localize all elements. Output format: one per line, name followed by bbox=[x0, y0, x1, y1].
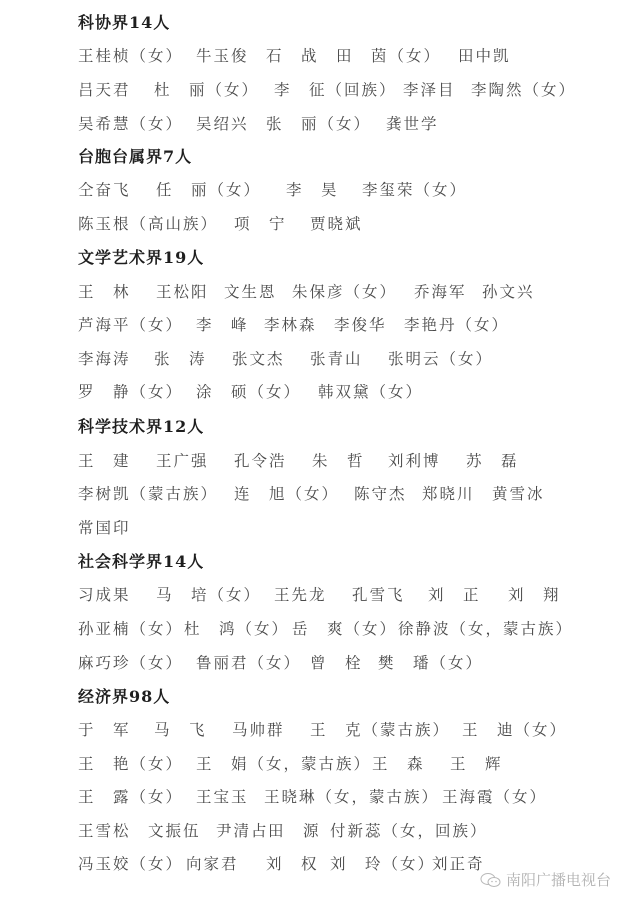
person-name: 李 峰 bbox=[196, 313, 249, 335]
person-name: 王海霞（女） bbox=[442, 785, 547, 807]
person-name: 于 军 bbox=[78, 718, 131, 740]
person-name: 吴绍兴 bbox=[196, 112, 249, 134]
person-name: 朱保彦（女） bbox=[292, 280, 397, 302]
person-name: 李 征（回族） bbox=[274, 78, 397, 100]
person-name: 马帅群 bbox=[232, 718, 285, 740]
person-name: 张 丽（女） bbox=[266, 112, 371, 134]
person-name: 王松阳 bbox=[156, 280, 209, 302]
person-name: 李艳丹（女） bbox=[404, 313, 509, 335]
person-name: 麻巧珍（女） bbox=[78, 651, 183, 673]
person-name: 李海涛 bbox=[78, 347, 131, 369]
section-heading-sheke: 社会科学界14人 bbox=[78, 549, 204, 572]
person-name: 王 辉 bbox=[450, 752, 503, 774]
person-name: 田 源 bbox=[268, 819, 321, 841]
person-name: 芦海平（女） bbox=[78, 313, 183, 335]
person-name: 苏 磊 bbox=[466, 449, 519, 471]
person-name: 张文杰 bbox=[232, 347, 285, 369]
person-name: 连 旭（女） bbox=[234, 482, 339, 504]
person-name: 常国印 bbox=[78, 516, 131, 538]
person-name: 李玺荣（女） bbox=[362, 178, 467, 200]
person-name: 刘 正 bbox=[428, 583, 481, 605]
person-name: 项 宁 bbox=[234, 212, 287, 234]
person-name: 王 艳（女） bbox=[78, 752, 183, 774]
person-name: 王 露（女） bbox=[78, 785, 183, 807]
section-heading-keji: 科学技术界12人 bbox=[78, 414, 204, 437]
person-name: 刘 权 bbox=[266, 852, 319, 874]
person-name: 吴希慧（女） bbox=[78, 112, 183, 134]
person-name: 樊 璠（女） bbox=[378, 651, 483, 673]
person-name: 文生恩 bbox=[224, 280, 277, 302]
person-name: 陈玉根（高山族） bbox=[78, 212, 218, 234]
person-name: 李林森 bbox=[264, 313, 317, 335]
person-name: 吕天君 bbox=[78, 78, 131, 100]
person-name: 李俊华 bbox=[334, 313, 387, 335]
person-name: 王桂桢（女） bbox=[78, 44, 183, 66]
person-name: 张明云（女） bbox=[388, 347, 493, 369]
person-name: 孙亚楠（女） bbox=[78, 617, 183, 639]
section-heading-wenyi: 文学艺术界19人 bbox=[78, 245, 204, 268]
person-name: 王 迪（女） bbox=[462, 718, 567, 740]
person-name: 乔海军 bbox=[414, 280, 467, 302]
person-name: 刘 玲（女） bbox=[330, 852, 435, 874]
section-heading-kexie: 科协界14人 bbox=[78, 10, 170, 33]
person-name: 刘正奇 bbox=[432, 852, 485, 874]
person-name: 杜 鸿（女） bbox=[184, 617, 289, 639]
person-name: 黄雪冰 bbox=[492, 482, 545, 504]
person-name: 王 林 bbox=[78, 280, 131, 302]
section-heading-taibao: 台胞台属界7人 bbox=[78, 144, 192, 167]
person-name: 王宝玉 bbox=[196, 785, 249, 807]
person-name: 付新蕊（女，回族） bbox=[330, 819, 488, 841]
person-name: 李陶然（女） bbox=[471, 78, 576, 100]
person-name: 牛玉俊 bbox=[196, 44, 249, 66]
person-name: 韩双黛（女） bbox=[318, 380, 423, 402]
person-name: 仝奋飞 bbox=[78, 178, 131, 200]
person-name: 曾 栓 bbox=[310, 651, 363, 673]
person-name: 田 茵（女） bbox=[336, 44, 441, 66]
person-name: 任 丽（女） bbox=[156, 178, 261, 200]
person-name: 刘 翔 bbox=[508, 583, 561, 605]
person-name: 王雪松 bbox=[78, 819, 131, 841]
person-name: 孔令浩 bbox=[234, 449, 287, 471]
person-name: 王 建 bbox=[78, 449, 131, 471]
person-name: 杜 丽（女） bbox=[154, 78, 259, 100]
person-name: 张青山 bbox=[310, 347, 363, 369]
person-name: 罗 静（女） bbox=[78, 380, 183, 402]
person-name: 贾晓斌 bbox=[310, 212, 363, 234]
person-name: 王晓琳（女，蒙古族） bbox=[264, 785, 439, 807]
person-name: 王 森 bbox=[372, 752, 425, 774]
person-name: 石 战 bbox=[266, 44, 319, 66]
person-name: 习成果 bbox=[78, 583, 131, 605]
person-name: 王 克（蒙古族） bbox=[310, 718, 450, 740]
source-watermark: 南阳广播电视台 bbox=[480, 869, 611, 890]
person-name: 李泽目 bbox=[403, 78, 456, 100]
person-name: 王广强 bbox=[156, 449, 209, 471]
person-name: 孔雪飞 bbox=[352, 583, 405, 605]
person-name: 田中凯 bbox=[458, 44, 511, 66]
person-name: 陈守杰 bbox=[354, 482, 407, 504]
person-name: 向家君 bbox=[186, 852, 239, 874]
person-name: 文振伍 bbox=[148, 819, 201, 841]
person-name: 郑晓川 bbox=[422, 482, 475, 504]
person-name: 龚世学 bbox=[386, 112, 439, 134]
section-heading-jingji: 经济界98人 bbox=[78, 684, 170, 707]
person-name: 张 涛 bbox=[154, 347, 207, 369]
wechat-icon bbox=[480, 872, 502, 888]
person-name: 刘利博 bbox=[388, 449, 441, 471]
person-name: 王 娟（女，蒙古族） bbox=[196, 752, 371, 774]
person-name: 李 昊 bbox=[286, 178, 339, 200]
person-name: 尹清占 bbox=[216, 819, 269, 841]
person-name: 岳 爽（女） bbox=[292, 617, 397, 639]
person-name: 李树凯（蒙古族） bbox=[78, 482, 218, 504]
person-name: 马 培（女） bbox=[156, 583, 261, 605]
person-name: 孙文兴 bbox=[482, 280, 535, 302]
person-name: 冯玉姣（女） bbox=[78, 852, 183, 874]
person-name: 马 飞 bbox=[154, 718, 207, 740]
person-name: 涂 硕（女） bbox=[196, 380, 301, 402]
person-name: 王先龙 bbox=[274, 583, 327, 605]
person-name: 徐静波（女，蒙古族） bbox=[398, 617, 573, 639]
person-name: 鲁丽君（女） bbox=[196, 651, 301, 673]
watermark-text: 南阳广播电视台 bbox=[506, 869, 611, 890]
person-name: 朱 哲 bbox=[312, 449, 365, 471]
